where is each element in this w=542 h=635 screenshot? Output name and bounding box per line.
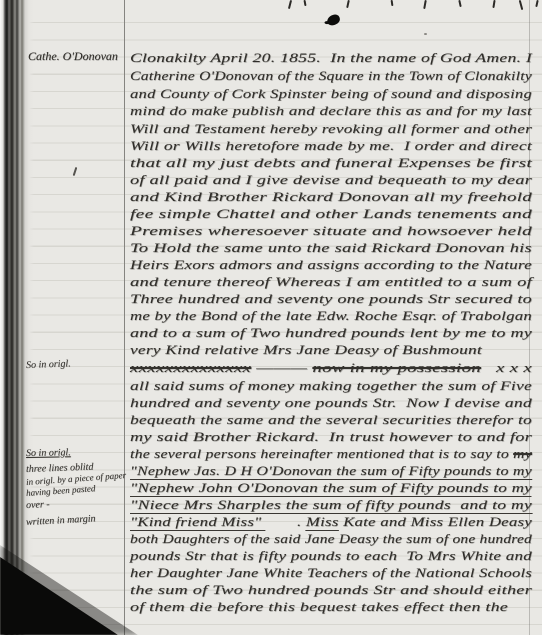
margin-entry-name: Cathe. O'Donovan — [28, 49, 118, 64]
manuscript-line: "Kind friend Miss" . Miss Kate and Miss … — [130, 514, 532, 530]
manuscript-line: Clonakilty April 20. 1855. In the name o… — [130, 50, 532, 66]
manuscript-line: hundred and seventy one pounds Str. Now … — [130, 395, 532, 411]
manuscript-line: xxxxxxxxxxxxxx ——— now in my possession … — [130, 360, 532, 376]
manuscript-line: To Hold the same unto the said Rickard D… — [130, 240, 532, 256]
manuscript-line: "Nephew John O'Donovan the sum of Fifty … — [130, 480, 532, 496]
manuscript-line: Will and Testament hereby revoking all f… — [130, 121, 532, 137]
manuscript-line: the sum of Two hundred pounds Str and sh… — [130, 582, 532, 598]
manuscript-line: the several persons hereinafter mentione… — [130, 446, 532, 462]
margin-note: So in origl. — [26, 358, 71, 371]
manuscript-line: and to a sum of Two hundred pounds lent … — [130, 325, 532, 341]
manuscript-line: and tenure thereof Whereas I am entitled… — [130, 274, 532, 290]
manuscript-line: that all my just debts and funeral Expen… — [130, 155, 532, 171]
margin-note: over - — [26, 499, 50, 511]
manuscript-line: all said sums of money making together t… — [130, 378, 532, 394]
manuscript-line: Premises wheresoever situate and howsoev… — [130, 223, 532, 239]
will-register-page: Cathe. O'Donovan So in origl.So in origl… — [0, 0, 542, 635]
manuscript-line: me by the Bond of the late Edw. Roche Es… — [130, 308, 532, 324]
ink-speck — [424, 33, 427, 35]
manuscript-line: Will or Wills heretofore made by me. I o… — [130, 138, 532, 154]
manuscript-line: her Daughter Jane White Teachers of the … — [130, 565, 532, 581]
book-gutter-edge — [0, 0, 34, 635]
manuscript-line: mind do make publish and declare this as… — [130, 103, 532, 119]
manuscript-line: Heirs Exors admors and assigns according… — [130, 257, 532, 273]
stray-pen-mark — [73, 167, 78, 176]
manuscript-line: pounds Str that is fifty pounds to each … — [130, 548, 532, 564]
manuscript-line: both Daughters of the said Jane Deasy th… — [130, 531, 532, 547]
margin-note: So in origl. — [26, 447, 71, 459]
manuscript-line: Three hundred and seventy one pounds Str… — [130, 291, 532, 307]
manuscript-line: of all paid and I give devise and bequea… — [130, 172, 532, 188]
manuscript-line: my said Brother Rickard. In trust howeve… — [130, 429, 532, 445]
manuscript-line: of them die before this bequest takes ef… — [130, 599, 508, 615]
ink-blot-icon — [326, 13, 341, 27]
manuscript-line: very Kind relative Mrs Jane Deasy of Bus… — [130, 342, 482, 358]
manuscript-line: "Nephew Jas. D H O'Donovan the sum of Fi… — [130, 463, 532, 479]
manuscript-line: fee simple Chattel and other Lands tenem… — [130, 206, 532, 222]
manuscript-line: bequeath the same and the several securi… — [130, 412, 532, 428]
manuscript-line: Catherine O'Donovan of the Square in the… — [130, 68, 532, 84]
margin-rule-line — [124, 0, 125, 635]
manuscript-line: and Kind Brother Rickard Donovan all my … — [130, 189, 532, 205]
manuscript-line: "Niece Mrs Sharples the sum of fifty pou… — [130, 497, 532, 513]
margin-note: written in margin — [26, 513, 96, 528]
manuscript-line: and County of Cork Spinster being of sou… — [130, 86, 532, 102]
